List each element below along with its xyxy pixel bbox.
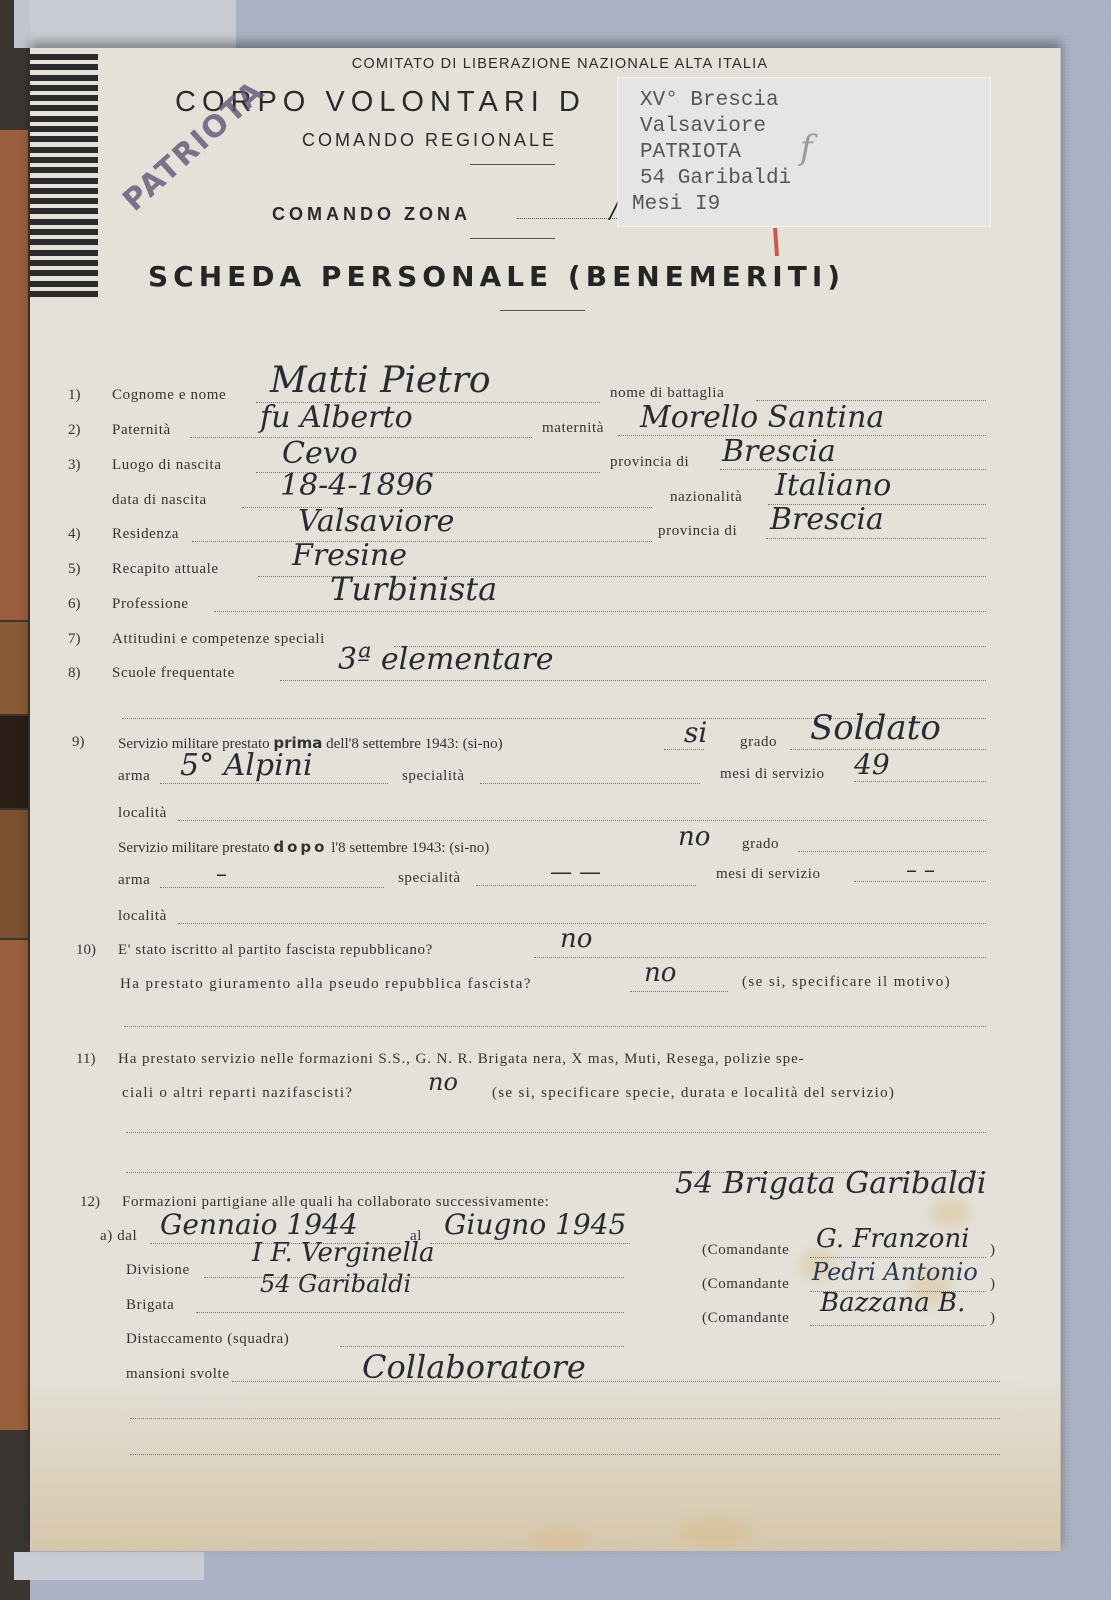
- field-line: [160, 887, 384, 888]
- pencil-mark: f: [800, 128, 813, 168]
- field-line: [214, 611, 986, 612]
- divider: [470, 164, 555, 165]
- field-number: 12): [80, 1194, 100, 1211]
- mounting-ribbon: [14, 1552, 204, 1580]
- zone-command-field-line: [517, 218, 617, 219]
- specialty-after-value: — —: [550, 860, 601, 885]
- service-before-answer: si: [684, 716, 707, 749]
- period-from-value: Gennaio 1944: [160, 1208, 358, 1241]
- paternity-label: Paternità: [112, 422, 171, 439]
- personal-record-form: COMITATO DI LIBERAZIONE NAZIONALE ALTA I…: [30, 48, 1061, 1551]
- field-line: [130, 1418, 1000, 1419]
- field-line: [124, 1026, 986, 1027]
- schooling-value: 3ª elementare: [338, 642, 554, 677]
- page-edge: [1060, 48, 1061, 1551]
- question-text: Servizio militare prestato: [118, 840, 270, 856]
- label-line: XV° Brescia: [640, 88, 791, 114]
- field-line: [196, 1312, 624, 1313]
- birth-province-label: provincia di: [610, 454, 689, 471]
- residence-label: Residenza: [112, 526, 179, 543]
- birth-province-value: Brescia: [722, 434, 836, 469]
- schooling-label: Scuole frequentate: [112, 665, 235, 682]
- surname-name-value: Matti Pietro: [270, 360, 491, 401]
- mounting-ribbon: [14, 0, 236, 48]
- close-paren: ): [990, 1310, 996, 1327]
- birthplace-label: Luogo di nascita: [112, 457, 222, 474]
- division-value: I F. Verginella: [252, 1238, 434, 1268]
- field-number: 9): [72, 734, 85, 751]
- regional-command-heading: COMANDO REGIONALE: [302, 130, 557, 151]
- nazifascist-service-question: Ha prestato servizio nelle formazioni S.…: [118, 1051, 805, 1068]
- special-skills-label: Attitudini e competenze speciali: [112, 631, 325, 648]
- stain: [680, 1518, 750, 1546]
- field-number: 3): [68, 457, 81, 474]
- military-service-after-question: Servizio militare prestato dopo l'8 sett…: [118, 838, 489, 857]
- field-line: [664, 749, 704, 750]
- arm-label: arma: [118, 872, 150, 889]
- barcode-stripes: [30, 54, 98, 301]
- field-line: [810, 1325, 986, 1326]
- paternity-value: fu Alberto: [260, 400, 413, 435]
- division-label: Divisione: [126, 1262, 190, 1279]
- field-line: [476, 885, 696, 886]
- binding-leather-strip: [0, 622, 28, 714]
- field-line: [192, 541, 652, 542]
- question-text: dell'8 settembre 1943: (si-no): [326, 736, 502, 752]
- duties-label: mansioni svolte: [126, 1366, 230, 1383]
- nazifascist-service-note: (se si, specificare specie, durata e loc…: [492, 1085, 895, 1102]
- red-pencil-mark: [773, 228, 779, 256]
- field-number: 10): [76, 942, 96, 959]
- field-number: 1): [68, 387, 81, 404]
- nazifascist-service-answer: no: [428, 1068, 458, 1096]
- brigade-commander-value: Pedri Antonio: [812, 1258, 978, 1286]
- field-number: 6): [68, 596, 81, 613]
- field-number: 11): [76, 1051, 95, 1068]
- label-line: Mesi I9: [632, 192, 791, 218]
- close-paren: ): [990, 1276, 996, 1293]
- location-label: località: [118, 908, 167, 925]
- birth-date-value: 18-4-1896: [280, 468, 434, 503]
- residence-province-label: provincia di: [658, 523, 737, 540]
- field-line: [190, 437, 532, 438]
- brigade-commander-label: (Comandante: [702, 1276, 789, 1293]
- field-number: 8): [68, 665, 81, 682]
- detachment-label: Distaccamento (squadra): [126, 1331, 289, 1348]
- field-line: [798, 851, 986, 852]
- label-line: PATRIOTA: [640, 140, 791, 166]
- binding-leather-strip: [0, 810, 28, 938]
- maternity-value: Morello Santina: [640, 400, 884, 435]
- divider: [470, 238, 555, 239]
- detachment-commander-value: Bazzana B.: [820, 1288, 965, 1318]
- divider: [500, 310, 585, 311]
- field-line: [430, 1243, 630, 1244]
- rank-before-value: Soldato: [810, 708, 941, 748]
- rank-label: grado: [742, 836, 779, 853]
- detachment-commander-label: (Comandante: [702, 1310, 789, 1327]
- division-commander-value: G. Franzoni: [816, 1224, 970, 1254]
- field-number: 5): [68, 561, 81, 578]
- nazifascist-service-question-cont: ciali o altri reparti nazifascisti?: [122, 1085, 353, 1102]
- field-line: [126, 1132, 986, 1133]
- fascist-party-question: E' stato iscritto al partito fascista re…: [118, 942, 433, 959]
- field-line: [480, 783, 700, 784]
- nationality-label: nazionalità: [670, 489, 742, 506]
- emphasis-dopo: dopo: [273, 838, 327, 856]
- field-line: [178, 820, 986, 821]
- label-line: Valsaviore: [640, 114, 791, 140]
- division-commander-label: (Comandante: [702, 1242, 789, 1259]
- oath-question: Ha prestato giuramento alla pseudo repub…: [120, 976, 532, 993]
- arm-label: arma: [118, 768, 150, 785]
- album-binding: [0, 0, 30, 1600]
- field-number: 7): [68, 631, 81, 648]
- question-text: l'8 settembre 1943: (si-no): [331, 840, 489, 856]
- birthplace-value: Cevo: [282, 436, 358, 471]
- specialty-label: specialità: [398, 870, 461, 887]
- period-to-value: Giugno 1945: [444, 1208, 626, 1241]
- months-after-value: – –: [906, 858, 935, 883]
- partisan-formations-value: 54 Brigata Garibaldi: [675, 1166, 987, 1201]
- current-address-value: Fresine: [292, 538, 407, 573]
- current-address-label: Recapito attuale: [112, 561, 219, 578]
- period-from-label: a) dal: [100, 1228, 137, 1245]
- months-before-value: 49: [854, 748, 890, 781]
- maternity-label: maternità: [542, 420, 604, 437]
- field-line: [130, 1454, 1000, 1455]
- field-line: [160, 783, 388, 784]
- surname-name-label: Cognome e nome: [112, 387, 226, 404]
- binding-leather-strip: [0, 716, 28, 808]
- fascist-party-answer: no: [560, 924, 592, 954]
- months-service-label: mesi di servizio: [716, 866, 821, 883]
- oath-answer: no: [644, 958, 676, 988]
- arm-after-value: –: [216, 862, 227, 887]
- field-line: [534, 957, 986, 958]
- zone-command-value: /: [610, 196, 618, 224]
- months-service-label: mesi di servizio: [720, 766, 825, 783]
- duties-value: Collaboratore: [362, 1348, 586, 1386]
- field-line: [630, 991, 728, 992]
- oath-note: (se si, specificare il motivo): [742, 974, 951, 991]
- arm-before-value: 5° Alpini: [180, 748, 313, 783]
- rank-label: grado: [740, 734, 777, 751]
- birth-date-label: data di nascita: [112, 492, 207, 509]
- brigade-value: 54 Garibaldi: [260, 1270, 411, 1298]
- zone-command-label: COMANDO ZONA: [272, 204, 471, 225]
- field-number: 4): [68, 526, 81, 543]
- profession-label: Professione: [112, 596, 189, 613]
- location-label: località: [118, 805, 167, 822]
- field-line: [766, 538, 986, 539]
- committee-heading: COMITATO DI LIBERAZIONE NAZIONALE ALTA I…: [300, 56, 820, 72]
- specialty-label: specialità: [402, 768, 465, 785]
- field-line: [854, 781, 986, 782]
- close-paren: ): [990, 1242, 996, 1259]
- profession-value: Turbinista: [330, 570, 497, 608]
- service-after-answer: no: [678, 822, 710, 852]
- field-line: [232, 1381, 1000, 1382]
- residence-province-value: Brescia: [770, 502, 884, 537]
- binding-leather-strip: [0, 940, 28, 1430]
- label-line: 54 Garibaldi: [640, 166, 791, 192]
- binding-leather-strip: [0, 130, 28, 620]
- form-title: SCHEDA PERSONALE (BENEMERITI): [148, 260, 845, 293]
- residence-value: Valsaviore: [298, 504, 454, 539]
- field-line: [340, 1346, 624, 1347]
- field-line: [280, 680, 986, 681]
- nationality-value: Italiano: [775, 468, 891, 503]
- field-number: 2): [68, 422, 81, 439]
- brigade-label: Brigata: [126, 1297, 174, 1314]
- stain: [530, 1528, 590, 1550]
